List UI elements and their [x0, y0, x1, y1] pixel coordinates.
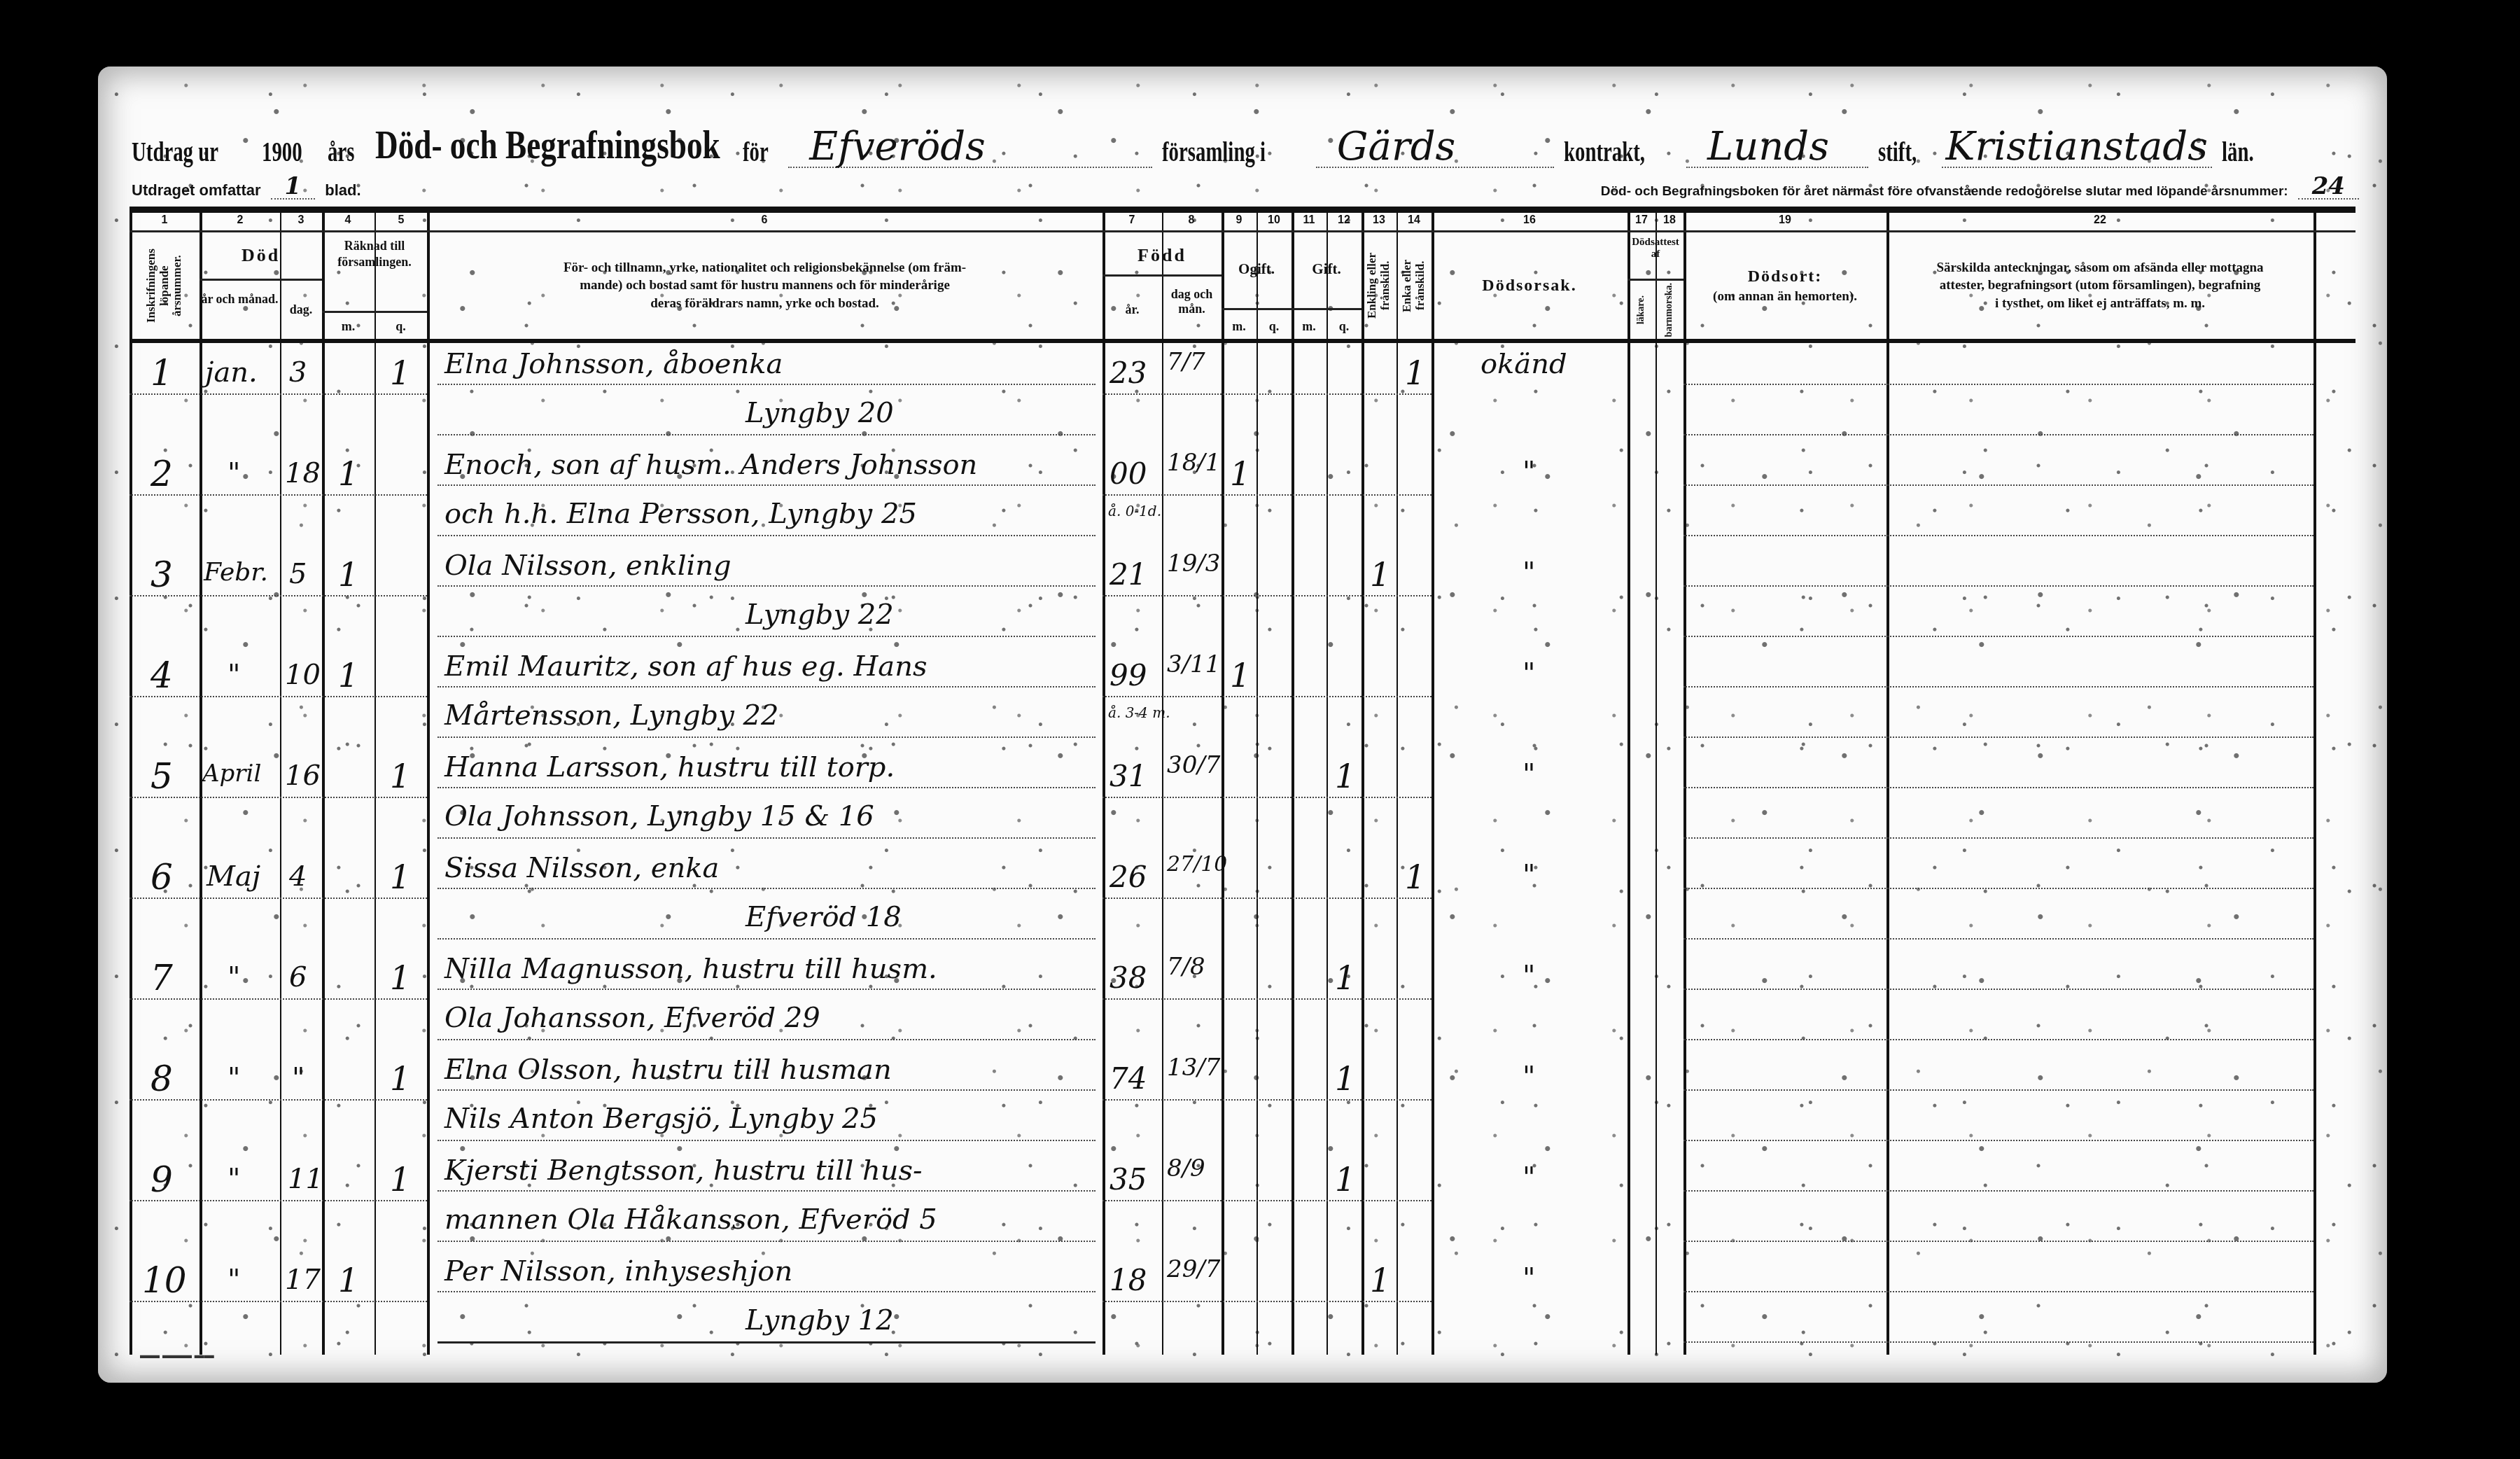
entry-number: 9	[150, 1162, 173, 1197]
printer-mark: ▬▬ ▬▬▬ ▬▬	[140, 1349, 214, 1360]
header-barnmorska: barnmorska.	[1655, 281, 1683, 339]
enka-mark: 1	[1405, 357, 1425, 389]
born-year: 00	[1109, 459, 1147, 489]
header-dodsattest: Dödsattest af	[1627, 237, 1683, 260]
death-month: "	[227, 1165, 240, 1193]
row-rule	[1683, 837, 2313, 839]
parish-name: Efveröds	[788, 127, 1152, 168]
born-day-month: 18/1	[1167, 451, 1220, 475]
row-rule	[437, 837, 1095, 839]
row-rule	[1683, 1089, 2313, 1091]
gift-q: 1	[1335, 1164, 1355, 1196]
row-rule	[437, 1341, 1095, 1343]
enka-mark: 1	[1405, 861, 1425, 893]
death-month: "	[227, 459, 240, 487]
cause-of-death: "	[1522, 760, 1535, 788]
entry-number: 6	[150, 860, 173, 895]
row-rule	[1683, 1291, 2313, 1292]
row-rule	[1683, 888, 2313, 889]
header-ogift-q: q.	[1256, 319, 1291, 334]
row-rule	[1102, 1200, 1431, 1201]
header-sarskilda: Särskilda anteckningar, såsom om afsända…	[1886, 232, 2313, 339]
colnum: 8	[1189, 214, 1195, 227]
row-rule	[129, 494, 427, 496]
name-line-1: Hanna Larsson, hustru till torp.	[444, 753, 895, 781]
born-day-month: 19/3	[1167, 552, 1220, 575]
born-age-note: å. 0-1d.	[1108, 504, 1161, 518]
colnum: 18	[1663, 214, 1676, 227]
born-day-month: 30/7	[1167, 753, 1220, 777]
table-row: 10 " 17 1 Per Nilsson, inhyseshjon Lyngb…	[129, 1250, 2355, 1351]
entry-number: 4	[150, 658, 173, 693]
born-year: 35	[1109, 1165, 1147, 1194]
title-ars: års	[328, 135, 354, 168]
omfattar-label: Utdraget omfattar	[132, 181, 261, 200]
ogift-m: 1	[1230, 458, 1250, 490]
name-line-1: Sissa Nilsson, enka	[444, 854, 719, 882]
header-rule	[1291, 308, 1361, 310]
header-gift-m: m.	[1291, 319, 1326, 334]
header-rule	[1627, 279, 1683, 281]
raknad-q: 1	[390, 962, 410, 994]
row-rule	[437, 535, 1095, 536]
header-ogift-m: m.	[1221, 319, 1256, 334]
header-raknad-q: q.	[374, 319, 427, 334]
row-rule	[1683, 384, 2313, 385]
colnum: 12	[1338, 214, 1350, 227]
colnum: 11	[1303, 214, 1315, 227]
table-row: 4 " 10 1 Emil Mauritz, son af hus eg. Ha…	[129, 645, 2355, 746]
cause-of-death: "	[1522, 458, 1535, 486]
header-raknad: Räknad till församlingen.	[322, 238, 427, 270]
row-rule	[1102, 998, 1431, 1000]
lan-name: Kristianstads	[1942, 127, 2212, 168]
name-line-2: Ola Johnsson, Lyngby 15 & 16	[444, 802, 874, 830]
row-rule	[129, 998, 427, 1000]
last-number: 24	[2298, 174, 2359, 200]
table-row: 2 " 18 1 Enoch, son af husm. Anders John…	[129, 444, 2355, 545]
blad-label: blad.	[325, 181, 360, 200]
title-row: Utdrag ur 1900 års Död- och Begrafningsb…	[132, 105, 2359, 168]
entry-number: 1	[150, 356, 173, 391]
header-gift: Gift.	[1291, 260, 1361, 278]
raknad-m: 1	[338, 458, 358, 490]
born-day-month: 8/9	[1167, 1157, 1205, 1180]
name-line-1: Elna Olsson, hustru till husman	[444, 1056, 892, 1084]
row-rule	[1683, 938, 2313, 940]
book-title: Död- och Begrafningsbok	[375, 121, 720, 168]
row-rule	[1683, 1039, 2313, 1040]
death-day: 11	[288, 1165, 323, 1193]
death-day: 16	[285, 762, 321, 790]
row-rule	[1683, 484, 2313, 486]
name-line-2: Lyngby 20	[745, 399, 894, 427]
header-enkling: Enkling eller frånskild.	[1361, 232, 1396, 339]
row-rule	[1102, 1099, 1431, 1101]
colnum: 17	[1635, 214, 1648, 227]
header-lakare: läkare.	[1627, 281, 1655, 339]
row-rule	[437, 636, 1095, 637]
header-dodsorsak: Dödsorsak.	[1431, 232, 1627, 339]
row-rule	[1102, 797, 1431, 798]
death-month: Maj	[206, 863, 260, 891]
cause-of-death: "	[1522, 1164, 1535, 1192]
title-year: 1900	[262, 135, 302, 168]
death-month: jan.	[205, 358, 258, 386]
row-rule	[129, 1200, 427, 1201]
death-day: 10	[285, 661, 321, 689]
born-year: 21	[1109, 560, 1147, 589]
entry-number: 8	[150, 1061, 173, 1096]
name-line-2: mannen Ola Håkansson, Efveröd 5	[444, 1206, 937, 1234]
death-day: "	[292, 1064, 304, 1092]
table-row: 8 " " 1 Elna Olsson, hustru till husman …	[129, 1049, 2355, 1150]
header-namn: För- och tillnamn, yrke, nationalitet oc…	[427, 232, 1102, 339]
row-rule	[1102, 898, 1431, 899]
born-day-month: 29/7	[1167, 1257, 1220, 1281]
born-year: 31	[1109, 762, 1147, 791]
name-line-1: Emil Mauritz, son af hus eg. Hans	[444, 652, 927, 680]
title-prefix: Utdrag ur	[132, 135, 218, 168]
row-rule	[1683, 787, 2313, 788]
row-rule	[437, 938, 1095, 940]
row-rule	[1683, 585, 2313, 587]
row-rule	[1102, 494, 1431, 496]
colnum: 1	[162, 214, 168, 227]
header-gift-q: q.	[1326, 319, 1361, 334]
header-dodsort: Dödsort: (om annan än hemorten).	[1683, 232, 1886, 339]
row-rule	[1683, 1241, 2313, 1242]
header-dod-ar-manad: år och månad.	[199, 292, 280, 307]
death-day: 17	[285, 1266, 321, 1294]
row-rule	[1683, 989, 2313, 990]
forsamling-label: församling i	[1162, 135, 1266, 168]
header-rule	[1221, 308, 1291, 310]
cause-of-death: okänd	[1480, 350, 1567, 378]
cause-of-death: "	[1522, 962, 1535, 990]
row-rule	[437, 585, 1095, 587]
name-line-2: Lyngby 12	[745, 1306, 894, 1334]
header-rule	[199, 279, 322, 281]
colnum: 16	[1523, 214, 1536, 227]
row-rule	[1683, 636, 2313, 637]
entry-number: 10	[142, 1263, 187, 1298]
raknad-q: 1	[390, 861, 410, 893]
ledger-page: Utdrag ur 1900 års Död- och Begrafningsb…	[98, 67, 2387, 1383]
stift-label: stift,	[1878, 135, 1917, 168]
name-line-2: Nils Anton Bergsjö, Lyngby 25	[444, 1105, 878, 1133]
death-month: Febr.	[204, 560, 268, 585]
column-header-row: Inskrifningens löpande årsnummer. Död år…	[129, 232, 2355, 343]
raknad-m: 1	[338, 559, 358, 591]
row-rule	[129, 1099, 427, 1101]
header-fodd-ar: år.	[1102, 302, 1162, 317]
last-number-label: Död- och Begrafningsboken för året närma…	[1601, 184, 2288, 200]
stift-name: Lunds	[1686, 127, 1868, 168]
row-rule	[437, 434, 1095, 435]
death-month: "	[227, 1266, 240, 1294]
row-rule	[129, 595, 427, 596]
cause-of-death: "	[1522, 1063, 1535, 1091]
entry-number: 3	[150, 557, 173, 592]
gift-q: 1	[1335, 962, 1355, 994]
column-number-row: 1 2 3 4 5 6 7 8 9 10 11 12 13 14 16 17 1…	[129, 213, 2355, 232]
name-line-2: Ola Johansson, Efveröd 29	[444, 1004, 820, 1032]
born-day-month: 27/10	[1167, 854, 1227, 875]
colnum: 13	[1373, 214, 1385, 227]
header-fodd-dag: dag och mån.	[1162, 287, 1221, 316]
born-year: 74	[1109, 1064, 1147, 1094]
kontrakt-name: Gärds	[1316, 127, 1554, 168]
name-line-2: Lyngby 22	[745, 601, 894, 629]
death-month: "	[227, 1064, 240, 1092]
header-raknad-m: m.	[322, 319, 374, 334]
header-rule	[1102, 274, 1221, 277]
enkling-mark: 1	[1370, 1264, 1390, 1297]
row-rule	[437, 1241, 1095, 1242]
name-line-2: och h.h. Elna Persson, Lyngby 25	[444, 500, 917, 528]
name-line-1: Ola Nilsson, enkling	[444, 552, 731, 580]
title-for: för	[743, 135, 769, 168]
death-day: 5	[289, 560, 307, 588]
row-rule	[129, 393, 427, 395]
raknad-q: 1	[390, 357, 410, 389]
raknad-q: 1	[390, 1164, 410, 1196]
header-enka: Enka eller frånskild.	[1396, 232, 1431, 339]
death-month: "	[227, 661, 240, 689]
row-rule	[1683, 686, 2313, 687]
header-fodd: Född	[1102, 245, 1221, 266]
lan-label: län.	[2222, 135, 2254, 168]
row-rule	[437, 737, 1095, 738]
kontrakt-label: kontrakt,	[1564, 135, 1645, 168]
header-dod: Död	[199, 245, 322, 266]
name-line-1: Per Nilsson, inhyseshjon	[444, 1257, 792, 1285]
row-rule	[437, 686, 1095, 687]
colnum: 5	[398, 214, 405, 227]
cause-of-death: "	[1522, 1264, 1535, 1292]
colnum: 10	[1268, 214, 1280, 227]
row-rule	[1683, 434, 2313, 435]
row-rule	[437, 888, 1095, 889]
colnum: 19	[1779, 214, 1791, 227]
row-rule	[129, 1301, 427, 1302]
born-day-month: 7/8	[1167, 955, 1205, 979]
born-year: 38	[1109, 963, 1147, 993]
raknad-m: 1	[338, 1264, 358, 1297]
row-rule	[129, 797, 427, 798]
entry-number: 7	[150, 961, 173, 996]
row-rule	[437, 989, 1095, 990]
cause-of-death: "	[1522, 861, 1535, 889]
name-line-2: Efveröd 18	[745, 903, 902, 931]
death-day: 18	[285, 459, 321, 487]
row-rule	[437, 1039, 1095, 1040]
raknad-q: 1	[390, 760, 410, 793]
colnum: 7	[1129, 214, 1135, 227]
row-rule	[1683, 535, 2313, 536]
born-day-month: 7/7	[1167, 350, 1205, 374]
born-year: 99	[1109, 661, 1147, 690]
death-month: April	[202, 762, 261, 786]
born-year: 23	[1109, 358, 1147, 388]
colnum: 14	[1408, 214, 1420, 227]
name-line-1: Nilla Magnusson, hustru till husm.	[444, 955, 937, 983]
table-row: 1 jan. 3 1 Elna Johnsson, åboenka Lyngby…	[129, 343, 2355, 444]
ogift-m: 1	[1230, 659, 1250, 692]
table-row: 3 Febr. 5 1 Ola Nilsson, enkling Lyngby …	[129, 545, 2355, 645]
colnum: 9	[1236, 214, 1242, 227]
row-rule	[437, 787, 1095, 788]
raknad-q: 1	[390, 1063, 410, 1095]
enkling-mark: 1	[1370, 559, 1390, 591]
row-rule	[437, 484, 1095, 486]
colnum: 3	[298, 214, 304, 227]
born-year: 26	[1109, 863, 1147, 892]
row-rule	[1102, 696, 1431, 697]
born-day-month: 3/11	[1167, 652, 1220, 676]
row-rule	[437, 384, 1095, 385]
gift-q: 1	[1335, 760, 1355, 793]
cause-of-death: "	[1522, 659, 1535, 687]
death-month: "	[227, 963, 240, 991]
row-rule	[1102, 393, 1431, 395]
row-rule	[1683, 1190, 2313, 1192]
blad-count: 1	[271, 174, 316, 200]
entry-number: 5	[150, 759, 173, 794]
born-age-note: å. 3-4 m.	[1108, 706, 1170, 720]
table-row: 9 " 11 1 Kjersti Bengtsson, hustru till …	[129, 1150, 2355, 1250]
row-rule	[437, 1089, 1095, 1091]
row-rule	[437, 1190, 1095, 1192]
death-day: 6	[289, 963, 307, 991]
table-row: 6 Maj 4 1 Sissa Nilsson, enka Efveröd 18…	[129, 847, 2355, 948]
row-rule	[1683, 1341, 2313, 1343]
entry-number: 2	[150, 456, 173, 491]
header-rule	[322, 311, 427, 313]
name-line-2: Mårtensson, Lyngby 22	[444, 701, 778, 729]
row-rule	[1683, 737, 2313, 738]
row-rule	[1102, 595, 1431, 596]
header-lopnummer: Inskrifningens löpande årsnummer.	[129, 232, 199, 339]
header-dod-dag: dag.	[280, 302, 322, 317]
subheader-row: Utdraget omfattar 1 blad. Död- och Begra…	[132, 172, 2359, 200]
row-rule	[1102, 1301, 1431, 1302]
cause-of-death: "	[1522, 559, 1535, 587]
name-line-1: Enoch, son af husm. Anders Johnsson	[444, 451, 977, 479]
colnum: 2	[237, 214, 244, 227]
name-line-1: Elna Johnsson, åboenka	[444, 350, 783, 378]
death-day: 4	[289, 863, 307, 891]
death-day: 3	[289, 358, 307, 386]
born-year: 18	[1109, 1266, 1147, 1295]
death-register-table: 1 2 3 4 5 6 7 8 9 10 11 12 13 14 16 17 1…	[129, 207, 2355, 1355]
colnum: 4	[345, 214, 351, 227]
table-row: 7 " 6 1 Nilla Magnusson, hustru till hus…	[129, 948, 2355, 1049]
table-row: 5 April 16 1 Hanna Larsson, hustru till …	[129, 746, 2355, 847]
row-rule	[1683, 1140, 2313, 1141]
row-rule	[437, 1291, 1095, 1292]
row-rule	[437, 1140, 1095, 1141]
gift-q: 1	[1335, 1063, 1355, 1095]
colnum: 22	[2094, 214, 2106, 227]
raknad-m: 1	[338, 659, 358, 692]
header-ogift: Ogift.	[1221, 260, 1291, 278]
born-day-month: 13/7	[1167, 1056, 1220, 1080]
name-line-1: Kjersti Bengtsson, hustru till hus-	[444, 1157, 922, 1185]
entries-body: 1 jan. 3 1 Elna Johnsson, åboenka Lyngby…	[129, 343, 2355, 1355]
row-rule	[129, 898, 427, 899]
colnum: 6	[762, 214, 768, 227]
row-rule	[129, 696, 427, 697]
